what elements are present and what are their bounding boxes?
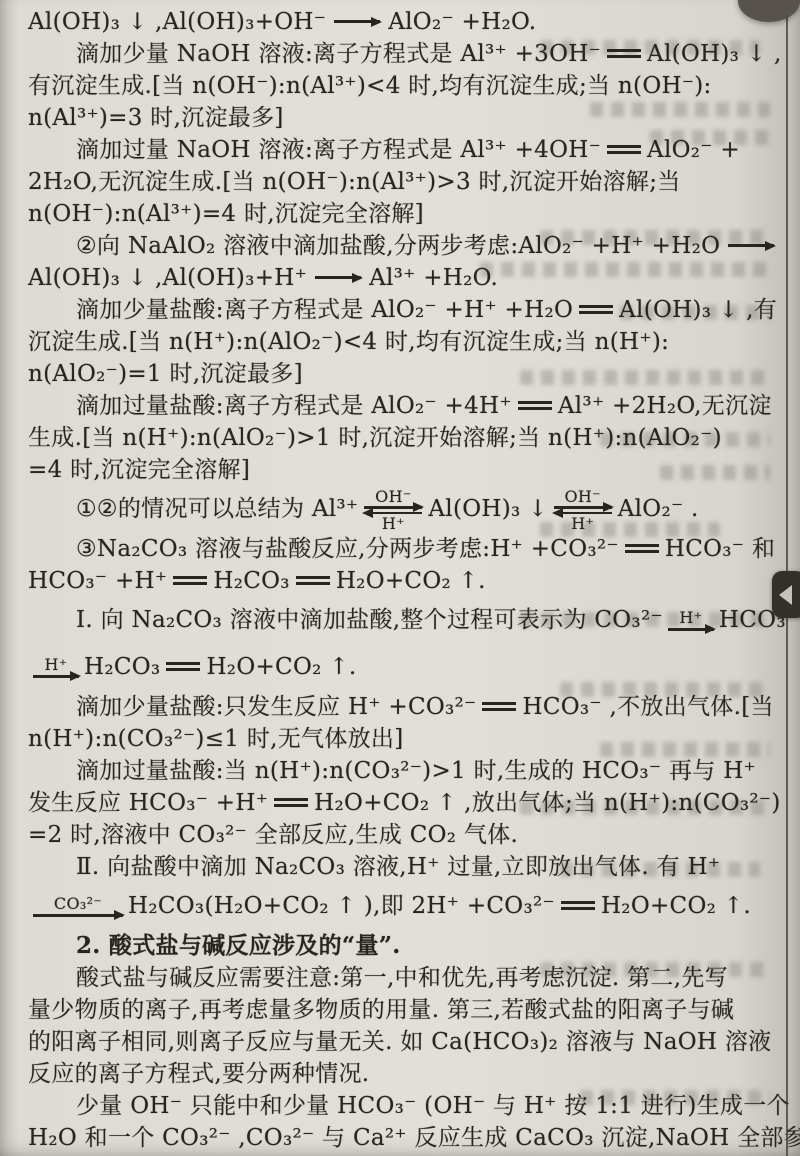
text-line: 滴加少量 NaOH 溶液:离子方程式是 Al³⁺ +3OH⁻Al(OH)₃ ↓ … — [28, 38, 776, 70]
text-segment: 滴加过量盐酸:当 n(H⁺):n(CO₃²⁻)>1 时,生成的 HCO₃⁻ 再与… — [76, 758, 756, 784]
text-line: 生成.[当 n(H⁺):n(AlO₂⁻)>1 时,沉淀开始溶解;当 n(H⁺):… — [28, 422, 776, 454]
text-segment: 发生反应 HCO₃⁻ +H⁺ — [28, 790, 268, 816]
text-segment: 的阳离子相同,则离子反应与量无关. 如 Ca(HCO₃)₂ 溶液与 NaOH 溶… — [28, 1029, 771, 1055]
text-line: n(Al³⁺)=3 时,沉淀最多] — [28, 102, 776, 134]
text-line: 2. 酸式盐与碱反应涉及的“量”. — [28, 930, 776, 962]
arrow-top-label: CO₃²⁻ — [54, 896, 102, 911]
text-line: 少量 OH⁻ 只能中和少量 HCO₃⁻ (OH⁻ 与 H⁺ 按 1:1 进行)生… — [28, 1090, 776, 1122]
arrow-bottom-label: H⁺ — [382, 516, 405, 531]
text-segment: =4 时,沉淀完全溶解] — [28, 457, 250, 483]
text-line: =2 时,溶液中 CO₃²⁻ 全部反应,生成 CO₂ 气体. — [28, 819, 776, 851]
text-segment: 滴加少量盐酸:只发生反应 H⁺ +CO₃²⁻ — [76, 694, 476, 720]
reaction-arrow-icon — [334, 20, 380, 23]
text-segment: HCO₃⁻ 和 — [665, 536, 775, 562]
arrow-top-label: OH⁻ — [565, 489, 601, 504]
text-line: 滴加少量盐酸:只发生反应 H⁺ +CO₃²⁻HCO₃⁻ ,不放出气体.[当 — [28, 691, 776, 723]
double-line-equals-sign — [274, 798, 308, 807]
text-segment: 酸式盐与碱反应需要注意:第一,中和优先,再考虑沉淀. 第二,先写 — [76, 965, 728, 991]
text-segment: AlO₂⁻ . — [618, 496, 699, 522]
text-segment: 少量 OH⁻ 只能中和少量 HCO₃⁻ (OH⁻ 与 H⁺ 按 1:1 进行)生… — [76, 1093, 790, 1119]
text-segment: HCO₃⁻ +H⁺ — [28, 568, 167, 594]
double-line-equals-sign — [561, 901, 595, 910]
text-line: ②向 NaAlO₂ 溶液中滴加盐酸,分两步考虑:AlO₂⁻ +H⁺ +H₂O — [28, 230, 776, 262]
text-segment: Al(OH)₃ ↓ ,Al(OH)₃+H⁺ — [28, 265, 307, 291]
double-line-equals-sign — [166, 662, 200, 671]
text-line: 酸式盐与碱反应需要注意:第一,中和优先,再考虑沉淀. 第二,先写 — [28, 962, 776, 994]
text-segment: ③Na₂CO₃ 溶液与盐酸反应,分两步考虑:H⁺ +CO₃²⁻ — [76, 536, 619, 562]
text-line: 有沉淀生成.[当 n(OH⁻):n(Al³⁺)<4 时,均有沉淀生成;当 n(O… — [28, 70, 776, 102]
text-segment: 滴加少量 NaOH 溶液:离子方程式是 Al³⁺ +3OH⁻ — [76, 41, 601, 67]
harpoon-left — [554, 512, 612, 515]
arrow-bottom-label: H⁺ — [571, 516, 594, 531]
text-line: 滴加少量盐酸:离子方程式是 AlO₂⁻ +H⁺ +H₂OAl(OH)₃ ↓ ,有 — [28, 294, 776, 326]
double-line-equals-sign — [296, 576, 330, 585]
text-segment: H₂O 和一个 CO₃²⁻ ,CO₃²⁻ 与 Ca²⁺ 反应生成 CaCO₃ 沉… — [28, 1125, 800, 1151]
double-line-equals-sign — [482, 702, 516, 711]
arrow-top-label: H⁺ — [45, 657, 68, 672]
text-segment: 滴加过量盐酸:离子方程式是 AlO₂⁻ +4H⁺ — [76, 393, 512, 419]
text-line: 滴加过量盐酸:当 n(H⁺):n(CO₃²⁻)>1 时,生成的 HCO₃⁻ 再与… — [28, 755, 776, 787]
reversible-arrow: OH⁻H⁺ — [554, 489, 612, 531]
double-line-equals-sign — [518, 401, 552, 410]
text-line: n(AlO₂⁻)=1 时,沉淀最多] — [28, 358, 776, 390]
text-segment: 反应的离子方程式,要分两种情况. — [28, 1061, 369, 1087]
text-line: ③Na₂CO₃ 溶液与盐酸反应,分两步考虑:H⁺ +CO₃²⁻HCO₃⁻ 和 — [28, 533, 776, 565]
labeled-reaction-arrow: H⁺ — [668, 610, 714, 631]
text-line: n(OH⁻):n(Al³⁺)=4 时,沉淀完全溶解] — [28, 198, 776, 230]
text-segment: H₂CO₃ — [84, 654, 160, 680]
text-segment: HCO₃⁻ ,不放出气体.[当 — [522, 694, 773, 720]
double-line-equals-sign — [579, 305, 613, 314]
double-line-equals-sign — [173, 576, 207, 585]
text-segment: 生成.[当 n(H⁺):n(AlO₂⁻)>1 时,沉淀开始溶解;当 n(H⁺):… — [28, 425, 722, 451]
double-line-equals-sign — [607, 49, 641, 58]
text-segment: 沉淀生成.[当 n(H⁺):n(AlO₂⁻)<4 时,均有沉淀生成;当 n(H⁺… — [28, 329, 669, 355]
text-line: 滴加过量 NaOH 溶液:离子方程式是 Al³⁺ +4OH⁻AlO₂⁻ + — [28, 134, 776, 166]
text-line: H₂O 和一个 CO₃²⁻ ,CO₃²⁻ 与 Ca²⁺ 反应生成 CaCO₃ 沉… — [28, 1122, 776, 1154]
text-line: 滴加过量盐酸:离子方程式是 AlO₂⁻ +4H⁺Al³⁺ +2H₂O,无沉淀 — [28, 390, 776, 422]
double-line-equals-sign — [625, 544, 659, 553]
harpoon-pair — [554, 506, 612, 514]
text-segment: 2. 酸式盐与碱反应涉及的“量”. — [76, 932, 401, 959]
text-segment: AlO₂⁻ + — [647, 137, 740, 163]
text-segment: 2H₂O,无沉淀生成.[当 n(OH⁻):n(Al³⁺)>3 时,沉淀开始溶解;… — [28, 169, 681, 195]
text-segment: n(Al³⁺)=3 时,沉淀最多] — [28, 105, 284, 131]
text-line: HCO₃⁻ +H⁺H₂CO₃H₂O+CO₂ ↑. — [28, 565, 776, 597]
scanned-textbook-page: Al(OH)₃ ↓ ,Al(OH)₃+OH⁻AlO₂⁻ +H₂O.滴加少量 Na… — [0, 0, 800, 1156]
labeled-reaction-arrow: CO₃²⁻ — [33, 896, 123, 917]
text-line: Ⅱ. 向盐酸中滴加 Na₂CO₃ 溶液,H⁺ 过量,立即放出气体. 有 H⁺ — [28, 851, 776, 883]
reaction-arrow-icon — [315, 276, 361, 279]
text-segment: Al(OH)₃ ↓ ,Al(OH)₃+OH⁻ — [28, 9, 326, 35]
harpoon-left — [364, 512, 422, 515]
text-segment: H₂O+CO₂ ↑. — [336, 568, 486, 594]
text-segment: Ⅰ. 向 Na₂CO₃ 溶液中滴加盐酸,整个过程可表示为 CO₃²⁻ — [76, 607, 663, 633]
text-line: Al(OH)₃ ↓ ,Al(OH)₃+H⁺Al³⁺ +H₂O. — [28, 262, 776, 294]
text-line: Al(OH)₃ ↓ ,Al(OH)₃+OH⁻AlO₂⁻ +H₂O. — [28, 6, 776, 38]
text-segment: Al(OH)₃ ↓ — [428, 496, 547, 522]
text-segment: ①②的情况可以总结为 Al³⁺ — [76, 496, 358, 522]
arrow-shaft — [33, 914, 123, 917]
harpoon-pair — [364, 506, 422, 514]
text-segment: AlO₂⁻ +H₂O. — [388, 9, 536, 35]
text-segment: H₂CO₃(H₂O+CO₂ ↑ ),即 2H⁺ +CO₃²⁻ — [128, 893, 555, 919]
reversible-arrow: OH⁻H⁺ — [364, 489, 422, 531]
reaction-arrow-icon — [728, 244, 774, 247]
text-segment: Ⅱ. 向盐酸中滴加 Na₂CO₃ 溶液,H⁺ 过量,立即放出气体. 有 H⁺ — [76, 854, 720, 880]
text-segment: =2 时,溶液中 CO₃²⁻ 全部反应,生成 CO₂ 气体. — [28, 822, 518, 848]
page-text-block: Al(OH)₃ ↓ ,Al(OH)₃+OH⁻AlO₂⁻ +H₂O.滴加少量 Na… — [28, 6, 776, 1154]
text-segment: n(AlO₂⁻)=1 时,沉淀最多] — [28, 361, 303, 387]
text-segment: n(OH⁻):n(Al³⁺)=4 时,沉淀完全溶解] — [28, 201, 424, 227]
text-segment: H₂O+CO₂ ↑. — [206, 654, 356, 680]
text-line: 量少物质的离子,再考虑量多物质的用量. 第三,若酸式盐的阳离子与碱 — [28, 994, 776, 1026]
arrow-shaft — [33, 675, 79, 678]
text-line: H⁺H₂CO₃H₂O+CO₂ ↑. — [28, 644, 776, 691]
text-line: n(H⁺):n(CO₃²⁻)≤1 时,无气体放出] — [28, 723, 776, 755]
text-segment: Al³⁺ +2H₂O,无沉淀 — [558, 393, 772, 419]
scan-side-tab-artifact — [772, 571, 800, 618]
text-segment: H₂O+CO₂ ↑ ,放出气体;当 n(H⁺):n(CO₃²⁻) — [314, 790, 780, 816]
text-line: 反应的离子方程式,要分两种情况. — [28, 1058, 776, 1090]
text-segment: 有沉淀生成.[当 n(OH⁻):n(Al³⁺)<4 时,均有沉淀生成;当 n(O… — [28, 73, 712, 99]
text-segment: ②向 NaAlO₂ 溶液中滴加盐酸,分两步考虑:AlO₂⁻ +H⁺ +H₂O — [76, 233, 720, 259]
text-line: CO₃²⁻H₂CO₃(H₂O+CO₂ ↑ ),即 2H⁺ +CO₃²⁻H₂O+C… — [28, 883, 776, 930]
text-segment: H₂CO₃ — [213, 568, 289, 594]
arrow-top-label: OH⁻ — [375, 489, 411, 504]
text-line: 沉淀生成.[当 n(H⁺):n(AlO₂⁻)<4 时,均有沉淀生成;当 n(H⁺… — [28, 326, 776, 358]
double-line-equals-sign — [607, 145, 641, 154]
text-line: 的阳离子相同,则离子反应与量无关. 如 Ca(HCO₃)₂ 溶液与 NaOH 溶… — [28, 1026, 776, 1058]
text-line: =4 时,沉淀完全溶解] — [28, 454, 776, 486]
text-segment: H₂O+CO₂ ↑. — [601, 893, 751, 919]
text-segment: Al³⁺ +H₂O. — [369, 265, 498, 291]
text-line: Ⅰ. 向 Na₂CO₃ 溶液中滴加盐酸,整个过程可表示为 CO₃²⁻H⁺HCO₃… — [28, 597, 776, 644]
text-segment: 滴加过量 NaOH 溶液:离子方程式是 Al³⁺ +4OH⁻ — [76, 137, 601, 163]
text-line: 2H₂O,无沉淀生成.[当 n(OH⁻):n(Al³⁺)>3 时,沉淀开始溶解;… — [28, 166, 776, 198]
text-segment: 量少物质的离子,再考虑量多物质的用量. 第三,若酸式盐的阳离子与碱 — [28, 997, 734, 1023]
text-segment: 滴加少量盐酸:离子方程式是 AlO₂⁻ +H⁺ +H₂O — [76, 297, 573, 323]
arrow-shaft — [668, 628, 714, 631]
text-line: ①②的情况可以总结为 Al³⁺OH⁻H⁺Al(OH)₃ ↓OH⁻H⁺AlO₂⁻ … — [28, 486, 776, 533]
text-segment: Al(OH)₃ ↓ ,有 — [619, 297, 777, 323]
arrow-top-label: H⁺ — [679, 610, 702, 625]
labeled-reaction-arrow: H⁺ — [33, 657, 79, 678]
text-line: 发生反应 HCO₃⁻ +H⁺H₂O+CO₂ ↑ ,放出气体;当 n(H⁺):n(… — [28, 787, 776, 819]
text-segment: n(H⁺):n(CO₃²⁻)≤1 时,无气体放出] — [28, 726, 404, 752]
text-segment: Al(OH)₃ ↓ , — [647, 41, 782, 67]
